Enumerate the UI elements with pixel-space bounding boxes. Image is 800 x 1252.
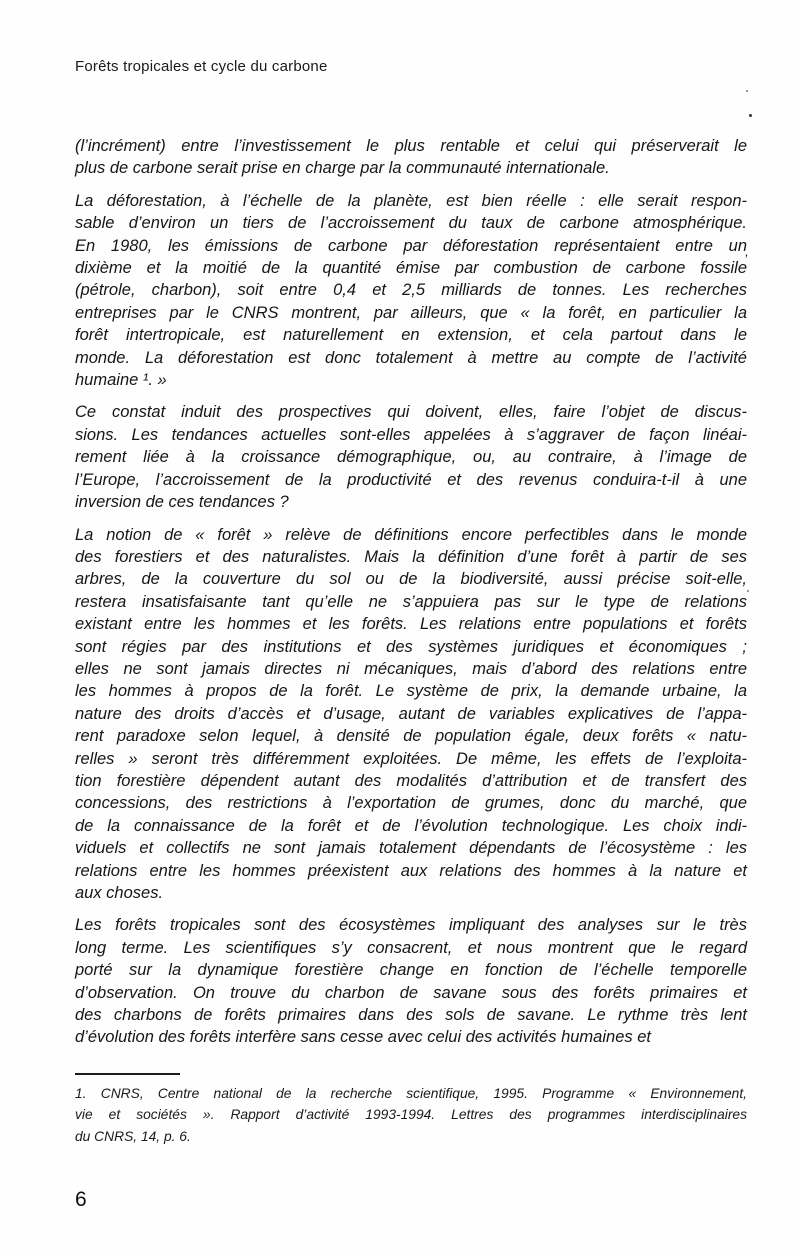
text-line: aux choses. <box>75 882 747 904</box>
text-line: plus de carbone serait prise en charge p… <box>75 157 747 179</box>
footnote-block: 1. CNRS, Centre national de la recherche… <box>75 1073 747 1148</box>
page-number: 6 <box>75 1188 87 1212</box>
footnote-text: 1. CNRS, Centre national de la recherche… <box>75 1083 747 1148</box>
text-line: arbres, de la couverture du sol ou de la… <box>75 568 747 590</box>
text-line: Ce constat induit des prospectives qui d… <box>75 401 747 423</box>
text-line: de la connaissance de la forêt et de l’é… <box>75 815 747 837</box>
text-line: d’observation. On trouve du charbon de s… <box>75 982 747 1004</box>
footnote-separator-rule <box>75 1073 180 1075</box>
text-line: existant entre les hommes et les forêts.… <box>75 613 747 635</box>
text-line: La déforestation, à l’échelle de la plan… <box>75 190 747 212</box>
text-line: relles » seront très différemment exploi… <box>75 748 747 770</box>
text-line: (l’incrément) entre l’investissement le … <box>75 135 747 157</box>
scan-artifact-dot <box>746 90 748 92</box>
text-line: monde. La déforestation est donc totalem… <box>75 347 747 369</box>
text-line: tion forestière dépendent autant des mod… <box>75 770 747 792</box>
text-line: dixième et la moitié de la quantité émis… <box>75 257 747 279</box>
text-line: des charbons de forêts primaires dans de… <box>75 1004 747 1026</box>
text-line: rement liée à la croissance démographiqu… <box>75 446 747 468</box>
text-line: En 1980, les émissions de carbone par dé… <box>75 235 747 257</box>
text-line: elles ne sont jamais directes ni mécaniq… <box>75 658 747 680</box>
text-line: vie et sociétés ». Rapport d’activité 19… <box>75 1104 747 1126</box>
text-line: rent paradoxe selon lequel, à densité de… <box>75 725 747 747</box>
text-line: forêt intertropicale, est naturellement … <box>75 324 747 346</box>
text-line: 1. CNRS, Centre national de la recherche… <box>75 1083 747 1105</box>
text-line: viduels et collectifs ne sont jamais tot… <box>75 837 747 859</box>
text-line: sions. Les tendances actuelles sont-elle… <box>75 424 747 446</box>
paragraph: Ce constat induit des prospectives qui d… <box>75 401 747 513</box>
text-line: l’Europe, l’accroissement de la producti… <box>75 469 747 491</box>
scan-artifact-mark: ’ <box>744 252 747 266</box>
text-line: restera insatisfaisante tant qu’elle ne … <box>75 591 747 613</box>
text-line: d’évolution des forêts interfère sans ce… <box>75 1026 747 1048</box>
scanned-book-page: Forêts tropicales et cycle du carbone (l… <box>0 0 800 1252</box>
text-line: porté sur la dynamique forestière change… <box>75 959 747 981</box>
text-line: Les forêts tropicales sont des écosystèm… <box>75 914 747 936</box>
text-line: concessions, des restrictions à l’export… <box>75 792 747 814</box>
text-line: entreprises par le CNRS montrent, par ai… <box>75 302 747 324</box>
scan-artifact-dot <box>749 114 752 117</box>
paragraph: La notion de « forêt » relève de définit… <box>75 524 747 905</box>
text-line: (pétrole, charbon), soit entre 0,4 et 2,… <box>75 279 747 301</box>
paragraph: (l’incrément) entre l’investissement le … <box>75 135 747 180</box>
text-line: relations entre les hommes préexistent a… <box>75 860 747 882</box>
text-line: des forestiers et des naturalistes. Mais… <box>75 546 747 568</box>
text-line: les hommes à propos de la forêt. Le syst… <box>75 680 747 702</box>
text-line: nature des droits d’accès et d’usage, au… <box>75 703 747 725</box>
text-line: humaine ¹. » <box>75 369 747 391</box>
text-line: sable d’environ un tiers de l’accroissem… <box>75 212 747 234</box>
scan-artifact-dot <box>747 590 749 592</box>
paragraph: La déforestation, à l’échelle de la plan… <box>75 190 747 392</box>
text-line: long terme. Les scientifiques s’y consac… <box>75 937 747 959</box>
text-line: inversion de ces tendances ? <box>75 491 747 513</box>
running-header: Forêts tropicales et cycle du carbone <box>75 58 747 75</box>
text-line: sont régies par des institutions et des … <box>75 636 747 658</box>
paragraph: Les forêts tropicales sont des écosystèm… <box>75 914 747 1048</box>
body-text: (l’incrément) entre l’investissement le … <box>75 135 747 1049</box>
text-column: Forêts tropicales et cycle du carbone (l… <box>75 0 747 1147</box>
text-line: La notion de « forêt » relève de définit… <box>75 524 747 546</box>
text-line: du CNRS, 14, p. 6. <box>75 1126 747 1148</box>
